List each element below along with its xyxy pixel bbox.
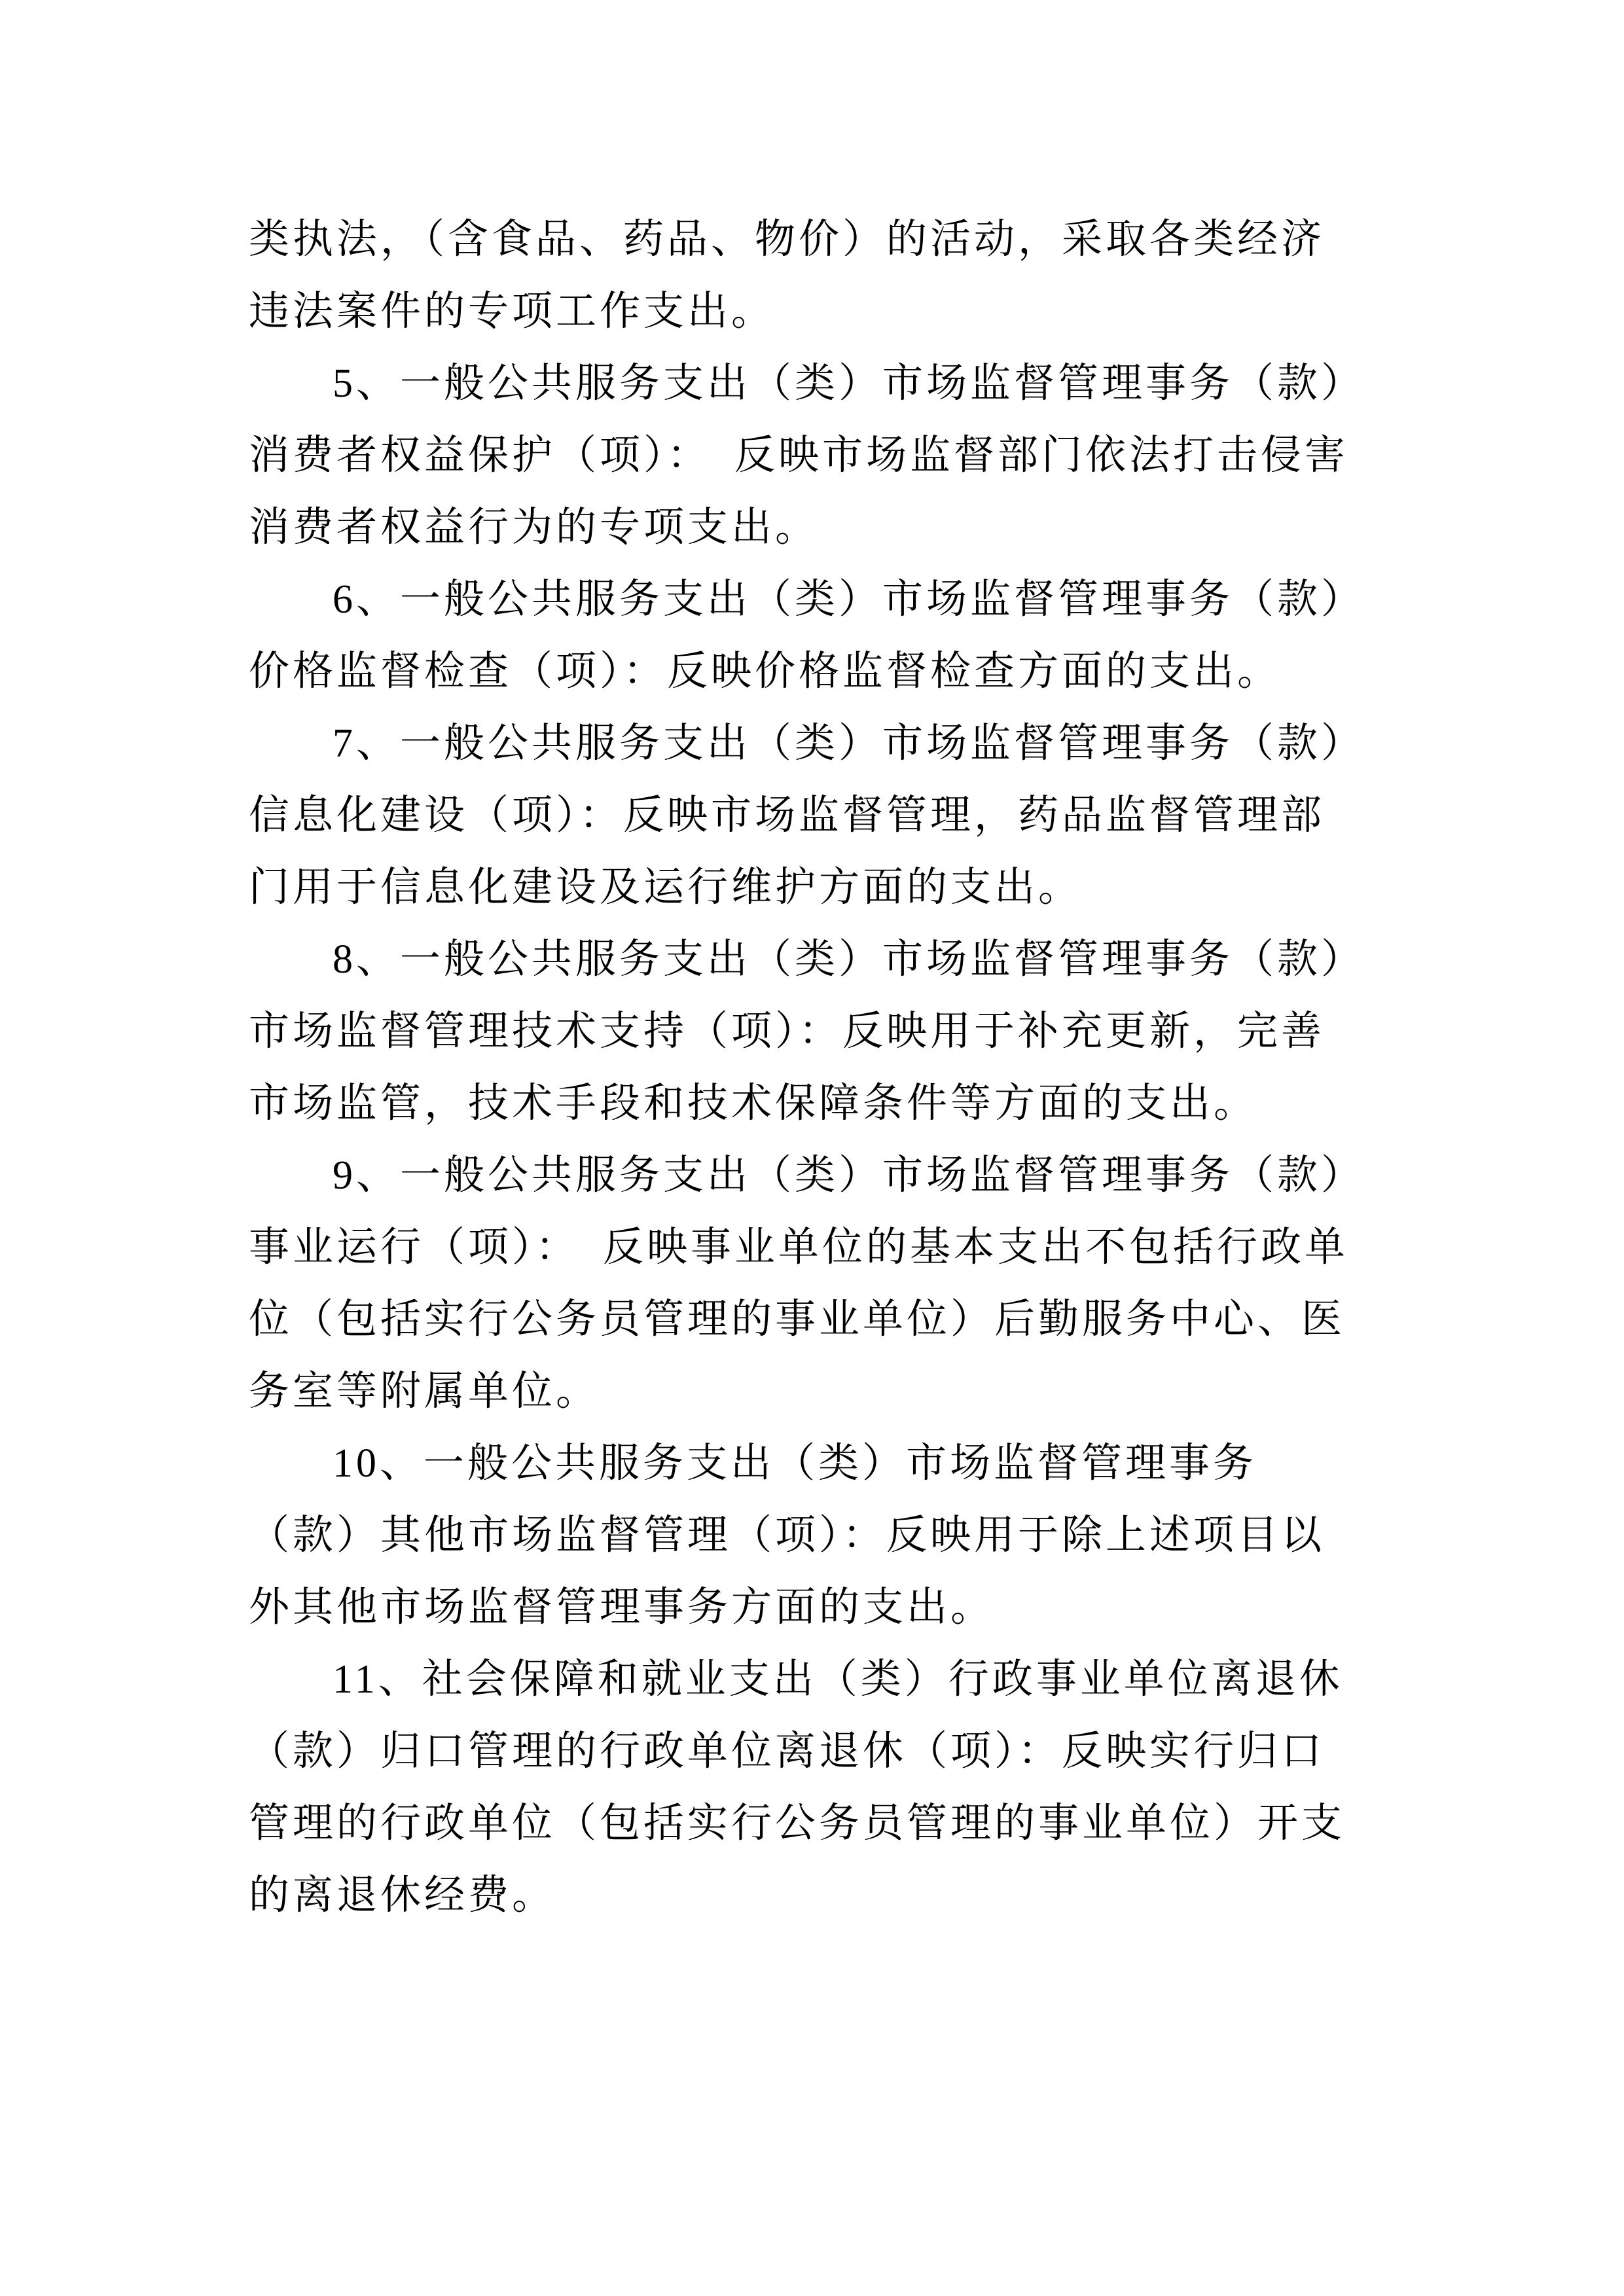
document-page: 类执法，（含食品、药品、物价）的活动，采取各类经济 违法案件的专项工作支出。 5… bbox=[0, 0, 1624, 2296]
text-line: 管理的行政单位（包括实行公务员管理的事业单位）开支 bbox=[249, 1787, 1381, 1859]
text-line: 违法案件的专项工作支出。 bbox=[249, 276, 1381, 348]
text-line: 市场监管，技术手段和技术保障条件等方面的支出。 bbox=[249, 1067, 1381, 1139]
text-line: 10、一般公共服务支出（类）市场监督管理事务 bbox=[249, 1427, 1381, 1499]
text-line: 信息化建设（项）：反映市场监督管理，药品监督管理部 bbox=[249, 780, 1381, 852]
text-line: 消费者权益行为的专项支出。 bbox=[249, 492, 1381, 564]
text-line: 9、一般公共服务支出（类）市场监督管理事务（款） bbox=[249, 1139, 1381, 1211]
text-line: 位（包括实行公务员管理的事业单位）后勤服务中心、医 bbox=[249, 1283, 1381, 1355]
text-line: （款）归口管理的行政单位离退休（项）：反映实行归口 bbox=[249, 1715, 1381, 1787]
text-line: 消费者权益保护（项）： 反映市场监督部门依法打击侵害 bbox=[249, 420, 1381, 492]
text-line: 类执法，（含食品、药品、物价）的活动，采取各类经济 bbox=[249, 204, 1381, 276]
text-line: 外其他市场监督管理事务方面的支出。 bbox=[249, 1571, 1381, 1643]
text-line: 市场监督管理技术支持（项）：反映用于补充更新，完善 bbox=[249, 996, 1381, 1067]
text-line: 5、一般公共服务支出（类）市场监督管理事务（款） bbox=[249, 348, 1381, 420]
text-line: 价格监督检查（项）：反映价格监督检查方面的支出。 bbox=[249, 636, 1381, 708]
text-line: 6、一般公共服务支出（类）市场监督管理事务（款） bbox=[249, 564, 1381, 636]
document-body: 类执法，（含食品、药品、物价）的活动，采取各类经济 违法案件的专项工作支出。 5… bbox=[249, 204, 1381, 1931]
text-line: 的离退休经费。 bbox=[249, 1859, 1381, 1931]
text-line: 务室等附属单位。 bbox=[249, 1355, 1381, 1427]
text-line: 11、社会保障和就业支出（类）行政事业单位离退休 bbox=[249, 1643, 1381, 1715]
text-line: 门用于信息化建设及运行维护方面的支出。 bbox=[249, 852, 1381, 924]
text-line: 7、一般公共服务支出（类）市场监督管理事务（款） bbox=[249, 708, 1381, 780]
text-line: 事业运行（项）： 反映事业单位的基本支出不包括行政单 bbox=[249, 1211, 1381, 1283]
text-line: （款）其他市场监督管理（项）：反映用于除上述项目以 bbox=[249, 1499, 1381, 1571]
text-line: 8、一般公共服务支出（类）市场监督管理事务（款） bbox=[249, 924, 1381, 996]
